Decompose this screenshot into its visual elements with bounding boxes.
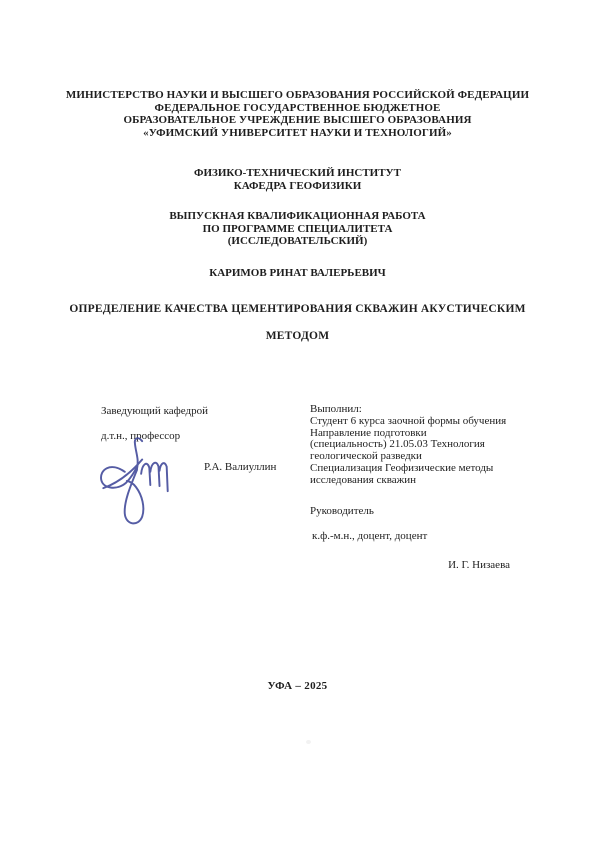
thesis-title-line: МЕТОДОМ (0, 323, 595, 350)
thesis-title: ОПРЕДЕЛЕНИЕ КАЧЕСТВА ЦЕМЕНТИРОВАНИЯ СКВА… (0, 296, 595, 350)
city-year: УФА – 2025 (0, 680, 595, 692)
supervisor-degree: к.ф.-м.н., доцент, доцент (312, 530, 427, 542)
head-name: Р.А. Валиуллин (204, 461, 276, 473)
header-line: «УФИМСКИЙ УНИВЕРСИТЕТ НАУКИ И ТЕХНОЛОГИЙ… (0, 127, 595, 140)
signature (96, 436, 174, 528)
signature-ink-icon (96, 436, 174, 528)
performer-line: исследования скважин (310, 475, 548, 487)
supervisor-label: Руководитель (310, 505, 374, 517)
ministry-header: МИНИСТЕРСТВО НАУКИ И ВЫСШЕГО ОБРАЗОВАНИЯ… (0, 89, 595, 139)
institute-name: ФИЗИКО-ТЕХНИЧЕСКИЙ ИНСТИТУТ (0, 167, 595, 180)
worktype-line: (ИССЛЕДОВАТЕЛЬСКИЙ) (0, 235, 595, 248)
work-type-block: ВЫПУСКНАЯ КВАЛИФИКАЦИОННАЯ РАБОТА ПО ПРО… (0, 210, 595, 248)
thesis-title-line: ОПРЕДЕЛЕНИЕ КАЧЕСТВА ЦЕМЕНТИРОВАНИЯ СКВА… (0, 296, 595, 323)
head-position-label: Заведующий кафедрой (101, 405, 208, 417)
worktype-line: ПО ПРОГРАММЕ СПЕЦИАЛИТЕТА (0, 223, 595, 236)
performer-block: Выполнил: Студент 6 курса заочной формы … (310, 404, 548, 487)
header-line: ОБРАЗОВАТЕЛЬНОЕ УЧРЕЖДЕНИЕ ВЫСШЕГО ОБРАЗ… (0, 114, 595, 127)
performer-line: Студент 6 курса заочной формы обучения (310, 416, 548, 428)
header-line: ФЕДЕРАЛЬНОЕ ГОСУДАРСТВЕННОЕ БЮДЖЕТНОЕ (0, 102, 595, 115)
author-name: КАРИМОВ РИНАТ ВАЛЕРЬЕВИЧ (0, 267, 595, 279)
supervisor-name: И. Г. Низаева (310, 559, 510, 571)
performer-line: Специализация Геофизические методы (310, 463, 548, 475)
institute-block: ФИЗИКО-ТЕХНИЧЕСКИЙ ИНСТИТУТ КАФЕДРА ГЕОФ… (0, 167, 595, 192)
department-name: КАФЕДРА ГЕОФИЗИКИ (0, 180, 595, 193)
scan-artifact (306, 740, 311, 744)
header-line: МИНИСТЕРСТВО НАУКИ И ВЫСШЕГО ОБРАЗОВАНИЯ… (0, 89, 595, 102)
worktype-line: ВЫПУСКНАЯ КВАЛИФИКАЦИОННАЯ РАБОТА (0, 210, 595, 223)
thesis-title-page: МИНИСТЕРСТВО НАУКИ И ВЫСШЕГО ОБРАЗОВАНИЯ… (0, 0, 595, 841)
